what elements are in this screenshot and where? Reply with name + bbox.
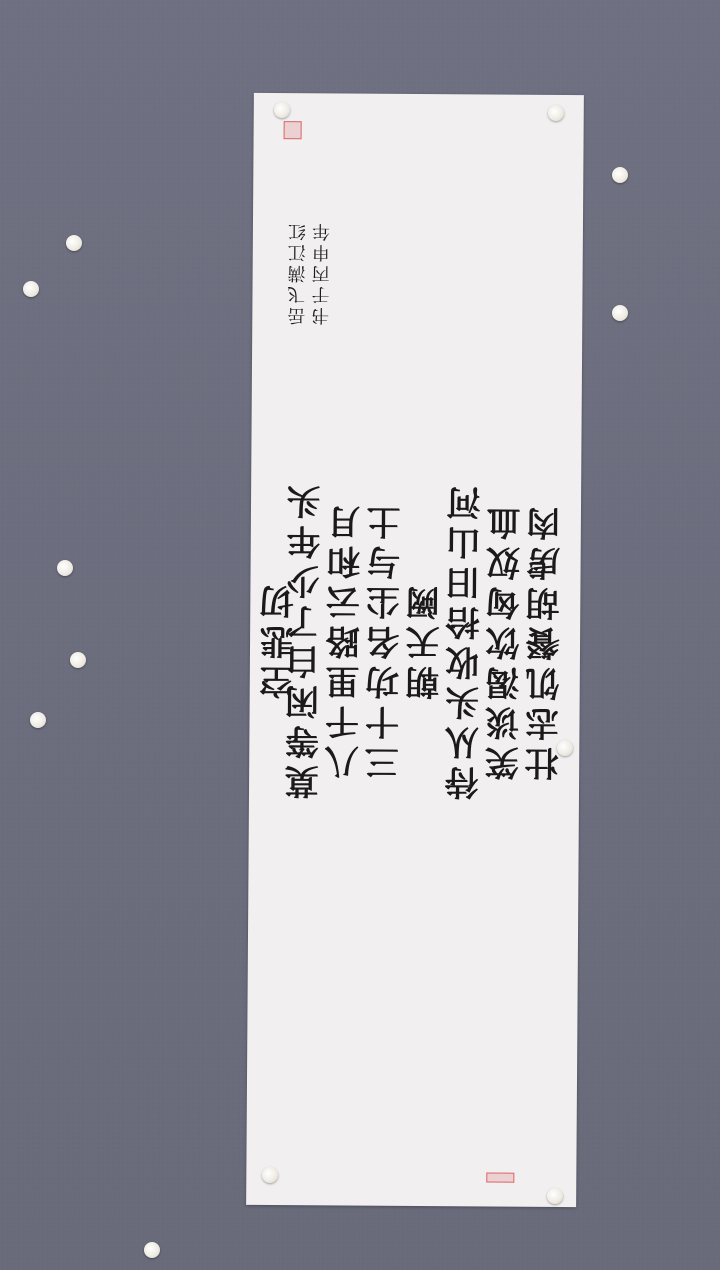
- push-pin: [557, 740, 573, 756]
- inscription-column: 书于丙申年: [310, 123, 336, 423]
- push-pin: [274, 102, 290, 118]
- push-pin: [612, 167, 628, 183]
- calligraphy-scroll: 壮志饥餐胡虏肉 笑谈渴饮匈奴血 待从头收拾旧山河 朝天阙 三十功名尘与土 八千里…: [246, 93, 584, 1207]
- push-pin: [57, 560, 73, 576]
- inscription-column: 岳飞满江红: [286, 123, 312, 423]
- push-pin: [144, 1242, 160, 1258]
- push-pin: [547, 1188, 563, 1204]
- push-pin: [23, 281, 39, 297]
- push-pin: [548, 105, 564, 121]
- push-pin: [262, 1167, 278, 1183]
- push-pin: [66, 235, 82, 251]
- push-pin: [612, 305, 628, 321]
- red-seal-stamp: [486, 1173, 514, 1183]
- push-pin: [70, 652, 86, 668]
- push-pin: [30, 712, 46, 728]
- red-seal-stamp: [284, 121, 302, 139]
